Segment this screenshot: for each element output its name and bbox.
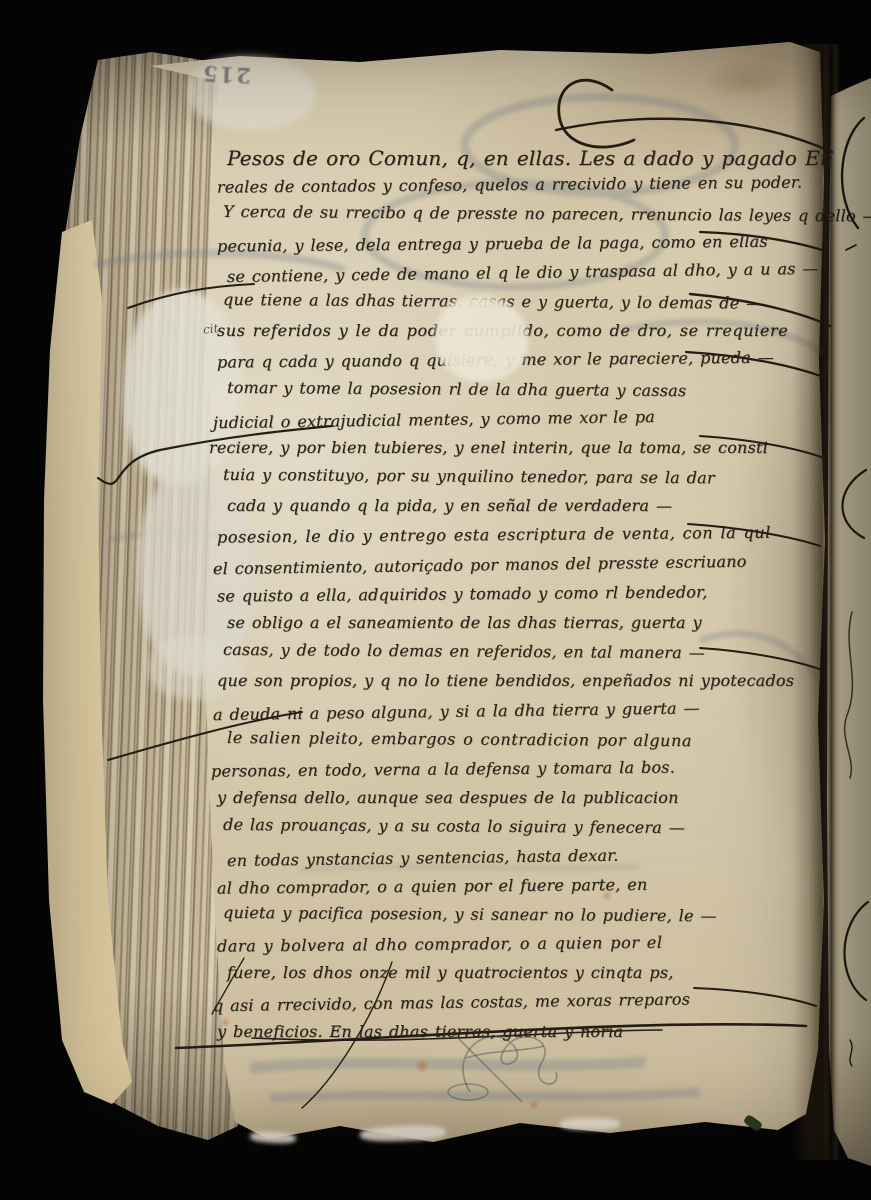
manuscript-line: tuia y constituyo, por su ynquilino tene…: [223, 465, 817, 498]
manuscript-line: al dho comprador, o a quien por el fuere…: [217, 873, 817, 907]
manuscript-line: Y cerca de su rrecibo q de presste no pa…: [223, 202, 817, 235]
manuscript-line: cada y quando q la pida, y en señal de v…: [227, 496, 817, 525]
manuscript-line: judicial o extrajudicial mentes, y como …: [213, 404, 817, 442]
manuscript-line: le salien pleito, embargos o contradicio…: [227, 728, 817, 761]
manuscript-line: se obligo a el saneamiento de las dhas t…: [227, 613, 817, 642]
rust-stain: [414, 1060, 430, 1072]
manuscript-line: q asi a rrecivido, con mas las costas, m…: [213, 988, 817, 1026]
manuscript-line: Pesos de oro Comun, q, en ellas. Les a d…: [227, 146, 817, 175]
manuscript-line: dara y bolvera al dho comprador, o a qui…: [217, 931, 817, 965]
manuscript-text-block: Pesos de oro Comun, q, en ellas. Les a d…: [217, 146, 817, 1051]
torn-edge-highlight: [250, 1131, 297, 1144]
folio-number: 215: [195, 60, 256, 88]
rust-stain: [528, 1100, 540, 1110]
manuscript-line: y beneficios. En las dhas tierras, guert…: [217, 1022, 817, 1051]
manuscript-line: casas, y de todo lo demas en referidos, …: [223, 640, 817, 673]
manuscript-photo: 215 cit Pesos de oro Comun, q, en ellas.…: [0, 0, 871, 1200]
paper-loss-patch: [436, 296, 528, 382]
manuscript-line: que son propios, y q no lo tiene bendido…: [217, 671, 817, 700]
manuscript-line: se quisto a ella, adquiridos y tomado y …: [217, 581, 817, 615]
manuscript-line: quieta y pacifica posesion, y si sanear …: [223, 903, 817, 936]
torn-edge-highlight: [560, 1118, 620, 1130]
manuscript-line: personas, en todo, verna a la defensa y …: [211, 756, 817, 790]
manuscript-line: reciere, y por bien tubieres, y enel int…: [209, 438, 817, 467]
brown-stain: [700, 60, 790, 100]
manuscript-line: y defensa dello, aunque sea despues de l…: [217, 788, 817, 817]
